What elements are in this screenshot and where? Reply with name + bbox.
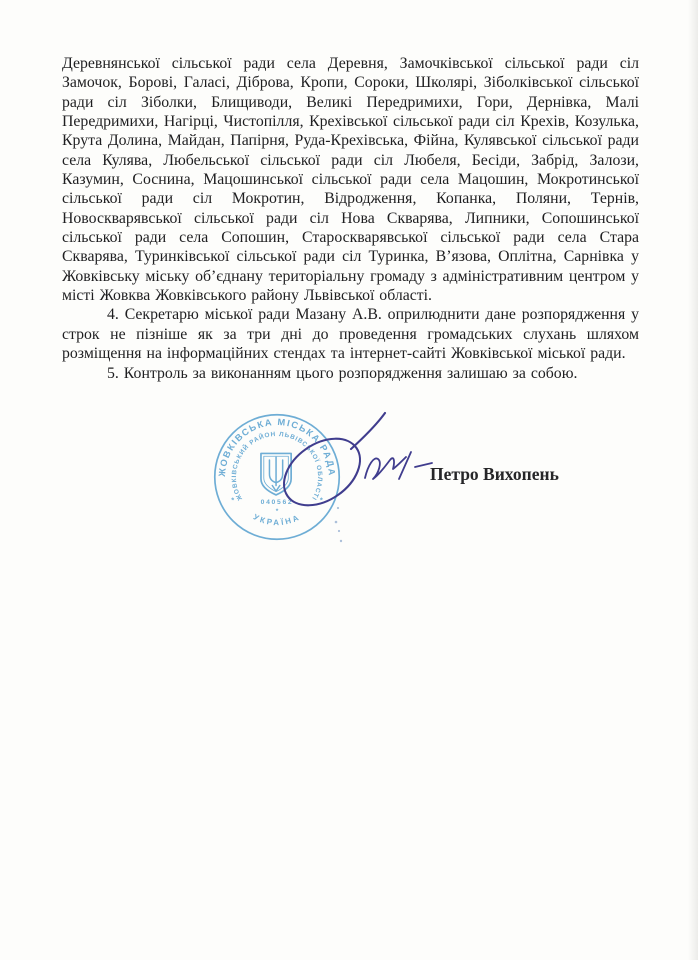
signature-tail: [351, 413, 385, 449]
paragraph-item-4: 4. Секретарю міської ради Мазану А.В. оп…: [62, 305, 639, 363]
ink-specks: [335, 507, 343, 542]
signatory-name: Петро Вихопень: [430, 464, 559, 485]
stamp-separator-left: *: [231, 495, 234, 504]
document-body: Деревнянської сільської ради села Деревн…: [62, 54, 639, 383]
scan-edge-shadow: [688, 0, 698, 960]
signature-loop: [272, 425, 373, 519]
paragraph-settlements-list: Деревнянської сільської ради села Деревн…: [62, 54, 639, 305]
signature-ink: [265, 403, 445, 553]
document-page: Деревнянської сільської ради села Деревн…: [0, 0, 698, 960]
paragraph-item-5: 5. Контроль за виконанням цього розпоряд…: [62, 364, 639, 383]
signature-slash: [399, 452, 411, 479]
